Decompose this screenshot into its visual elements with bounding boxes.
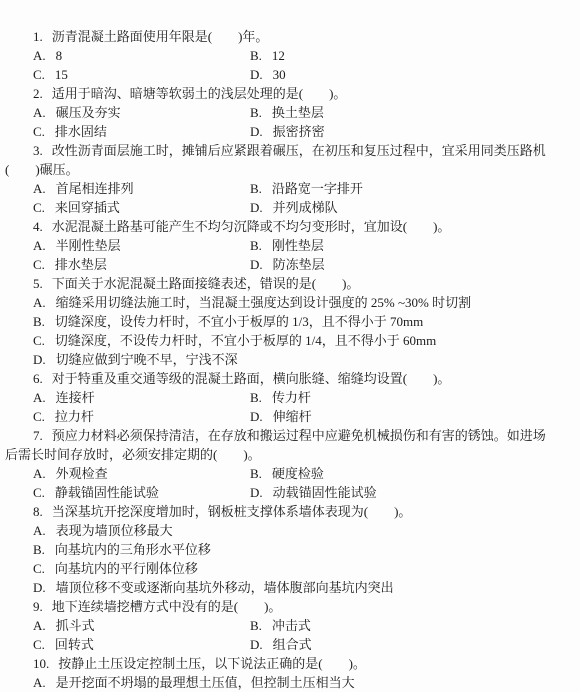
option-text: 外观检查 [56,466,108,481]
option-label: C. [33,124,45,139]
option-item: D.伸缩杆 [250,407,312,426]
option-label: C. [33,67,45,82]
option-item: B.刚性垫层 [250,236,324,255]
question-number: 7. [33,428,43,443]
option-item: A.抓斗式 [33,616,250,635]
option-item: A.碾压及夯实 [33,103,250,122]
option-label: D. [33,580,46,595]
option-item: B.换土垫层 [250,103,324,122]
option-text: 静载锚固性能试验 [55,485,159,500]
option-text: 表现为墙顶位移最大 [56,523,173,538]
option-text: 连接杆 [56,390,95,405]
option-text: 振密挤密 [273,124,325,139]
question-number: 10. [33,656,49,671]
option-label: D. [250,67,263,82]
option-label: B. [250,238,262,253]
option-label: B. [250,105,262,120]
question-stem: 9.地下连续墙挖槽方式中没有的是( )。 [0,597,580,616]
question-number: 1. [33,29,43,44]
option-label: D. [250,637,263,652]
question-stem: 6.对于特重及重交通等级的混凝土路面，横向胀缝、缩缝均设置( )。 [0,369,580,388]
question-stem: 2.适用于暗沟、暗塘等软弱土的浅层处理的是( )。 [0,84,580,103]
option-text: 硬度检验 [272,466,324,481]
option-item: A.是开挖面不坍塌的最理想土压值，但控制土压相当大 [0,673,580,692]
option-item: C.排水垫层 [33,255,250,274]
option-label: A. [33,618,46,633]
option-label: B. [33,314,45,329]
option-label: A. [33,238,46,253]
option-label: B. [33,542,45,557]
option-item: B.硬度检验 [250,464,324,483]
question-text: 预应力材料必须保持清洁，在存放和搬运过程中应避免机械损伤和有害的锈蚀。如进场 [52,428,546,443]
question-number: 6. [33,371,43,386]
section-heading: 一、单项选择题（共 20 题，每题 1 分。每题的备选项中，只有 1 个最符合题… [0,8,580,27]
option-item: B.冲击式 [250,616,311,635]
option-item: D.动载锚固性能试验 [250,483,377,502]
question-number: 2. [33,86,43,101]
option-text: 防冻垫层 [273,257,325,272]
option-label: C. [33,257,45,272]
option-label: D. [33,352,46,367]
option-item: B.12 [250,46,285,65]
question-text: 沥青混凝土路面使用年限是( )年。 [52,29,269,44]
question-text: 当深基坑开挖深度增加时，钢板桩支撑体系墙体表现为( )。 [52,504,412,519]
option-item: D.30 [250,65,286,84]
option-row: A.抓斗式B.冲击式 [0,616,580,635]
question-text: 下面关于水泥混凝土路面接缝表述，错误的是( )。 [52,276,360,291]
question-stem-continuation: 后需长时间存放时，必须安排定期的( )。 [0,445,580,464]
question-text: 地下连续墙挖槽方式中没有的是( )。 [52,599,282,614]
option-item: D.组合式 [250,635,312,654]
option-text: 切缝深度，不设传力杆时，不宜小于板厚的 1/4，且不得小于 60mm [55,333,436,348]
option-item: C.拉力杆 [33,407,250,426]
option-item: C.排水固结 [33,122,250,141]
exam-page: 一、单项选择题（共 20 题，每题 1 分。每题的备选项中，只有 1 个最符合题… [0,0,580,692]
option-row: C.静载锚固性能试验D.动载锚固性能试验 [0,483,580,502]
question-text: 对于特重及重交通等级的混凝土路面，横向胀缝、缩缝均设置( )。 [52,371,451,386]
option-text: 沿路宽一字排开 [272,181,363,196]
question-stem: 10.按静止土压设定控制土压，以下说法正确的是( )。 [0,654,580,673]
option-label: D. [250,409,263,424]
option-label: C. [33,561,45,576]
option-row: A.半刚性垫层B.刚性垫层 [0,236,580,255]
question-number: 3. [33,143,43,158]
option-row: A.外观检查B.硬度检验 [0,464,580,483]
option-item: C.回转式 [33,635,250,654]
option-item: A.表现为墙顶位移最大 [0,521,580,540]
question-text: 改性沥青面层施工时，摊铺后应紧跟着碾压，在初压和复压过程中，宜采用同类压路机 [52,143,546,158]
question-stem-continuation: ( )碾压。 [0,160,580,179]
option-item: D.并列成梯队 [250,198,338,217]
option-item: A.8 [33,46,250,65]
option-row: A.碾压及夯实B.换土垫层 [0,103,580,122]
option-row: A.8B.12 [0,46,580,65]
option-label: A. [33,675,46,690]
question-text: ( )碾压。 [5,162,79,177]
option-item: D.防冻垫层 [250,255,325,274]
option-item: B.传力杆 [250,388,311,407]
option-label: C. [33,409,45,424]
option-row: A.首尾相连排列B.沿路宽一字排开 [0,179,580,198]
question-text: 适用于暗沟、暗塘等软弱土的浅层处理的是( )。 [52,86,347,101]
option-label: A. [33,181,46,196]
option-text: 排水垫层 [55,257,107,272]
option-text: 切缝应做到宁晚不早，宁浅不深 [56,352,238,367]
option-label: C. [33,485,45,500]
option-text: 是开挖面不坍塌的最理想土压值，但控制土压相当大 [56,675,355,690]
option-item: D.切缝应做到宁晚不早，宁浅不深 [0,350,580,369]
question-text: 后需长时间存放时，必须安排定期的( )。 [5,447,261,462]
option-label: C. [33,637,45,652]
question-number: 5. [33,276,43,291]
question-number: 9. [33,599,43,614]
option-item: D.振密挤密 [250,122,325,141]
option-label: A. [33,466,46,481]
option-text: 8 [56,48,63,63]
question-stem: 7.预应力材料必须保持清洁，在存放和搬运过程中应避免机械损伤和有害的锈蚀。如进场 [0,426,580,445]
option-item: A.连接杆 [33,388,250,407]
option-row: A.连接杆B.传力杆 [0,388,580,407]
option-text: 碾压及夯实 [56,105,121,120]
option-label: B. [250,390,262,405]
option-label: A. [33,523,46,538]
option-label: C. [33,200,45,215]
option-text: 12 [272,48,285,63]
option-label: D. [250,124,263,139]
question-stem: 5.下面关于水泥混凝土路面接缝表述，错误的是( )。 [0,274,580,293]
option-text: 抓斗式 [56,618,95,633]
questions-list: 1.沥青混凝土路面使用年限是( )年。A.8B.12C.15D.302.适用于暗… [0,27,580,692]
option-label: A. [33,48,46,63]
question-stem: 8.当深基坑开挖深度增加时，钢板桩支撑体系墙体表现为( )。 [0,502,580,521]
option-text: 首尾相连排列 [56,181,134,196]
option-item: A.半刚性垫层 [33,236,250,255]
option-text: 组合式 [273,637,312,652]
option-text: 回转式 [55,637,94,652]
option-text: 刚性垫层 [272,238,324,253]
question-number: 4. [33,219,43,234]
option-label: A. [33,105,46,120]
option-item: C.向基坑内的平行刚体位移 [0,559,580,578]
option-row: C.排水垫层D.防冻垫层 [0,255,580,274]
option-text: 排水固结 [55,124,107,139]
option-item: B.向基坑内的三角形水平位移 [0,540,580,559]
option-label: A. [33,390,46,405]
option-label: B. [250,618,262,633]
option-label: D. [250,485,263,500]
option-label: B. [250,181,262,196]
option-item: C.来回穿插式 [33,198,250,217]
option-item: D.墙顶位移不变或逐渐向基坑外移动，墙体腹部向基坑内突出 [0,578,580,597]
option-text: 向基坑内的三角形水平位移 [55,542,211,557]
option-text: 冲击式 [272,618,311,633]
option-label: A. [33,295,46,310]
option-text: 切缝深度，设传力杆时，不宜小于板厚的 1/3，且不得小于 70mm [55,314,423,329]
option-item: A.首尾相连排列 [33,179,250,198]
option-row: C.来回穿插式D.并列成梯队 [0,198,580,217]
option-item: B.沿路宽一字排开 [250,179,363,198]
option-row: C.15D.30 [0,65,580,84]
option-text: 传力杆 [272,390,311,405]
option-text: 墙顶位移不变或逐渐向基坑外移动，墙体腹部向基坑内突出 [56,580,394,595]
question-text: 水泥混凝土路基可能产生不均匀沉降或不均匀变形时，宜加设( )。 [52,219,451,234]
option-item: C.15 [33,65,250,84]
option-row: C.排水固结D.振密挤密 [0,122,580,141]
option-item: C.切缝深度，不设传力杆时，不宜小于板厚的 1/4，且不得小于 60mm [0,331,580,350]
option-text: 拉力杆 [55,409,94,424]
option-item: B.切缝深度，设传力杆时，不宜小于板厚的 1/3，且不得小于 70mm [0,312,580,331]
option-text: 并列成梯队 [273,200,338,215]
question-stem: 3.改性沥青面层施工时，摊铺后应紧跟着碾压，在初压和复压过程中，宜采用同类压路机 [0,141,580,160]
option-text: 30 [273,67,286,82]
option-text: 半刚性垫层 [56,238,121,253]
option-item: A.外观检查 [33,464,250,483]
option-text: 向基坑内的平行刚体位移 [55,561,198,576]
option-text: 伸缩杆 [273,409,312,424]
option-row: C.拉力杆D.伸缩杆 [0,407,580,426]
option-item: C.静载锚固性能试验 [33,483,250,502]
question-stem: 1.沥青混凝土路面使用年限是( )年。 [0,27,580,46]
question-stem: 4.水泥混凝土路基可能产生不均匀沉降或不均匀变形时，宜加设( )。 [0,217,580,236]
question-number: 8. [33,504,43,519]
option-row: C.回转式D.组合式 [0,635,580,654]
option-label: B. [250,48,262,63]
option-text: 换土垫层 [272,105,324,120]
option-label: D. [250,257,263,272]
option-label: C. [33,333,45,348]
option-label: D. [250,200,263,215]
question-text: 按静止土压设定控制土压，以下说法正确的是( )。 [58,656,366,671]
option-text: 来回穿插式 [55,200,120,215]
option-item: A.缩缝采用切缝法施工时，当混凝土强度达到设计强度的 25% ~30% 时切割 [0,293,580,312]
option-text: 缩缝采用切缝法施工时，当混凝土强度达到设计强度的 25% ~30% 时切割 [56,295,471,310]
option-label: B. [250,466,262,481]
option-text: 动载锚固性能试验 [273,485,377,500]
option-text: 15 [55,67,68,82]
